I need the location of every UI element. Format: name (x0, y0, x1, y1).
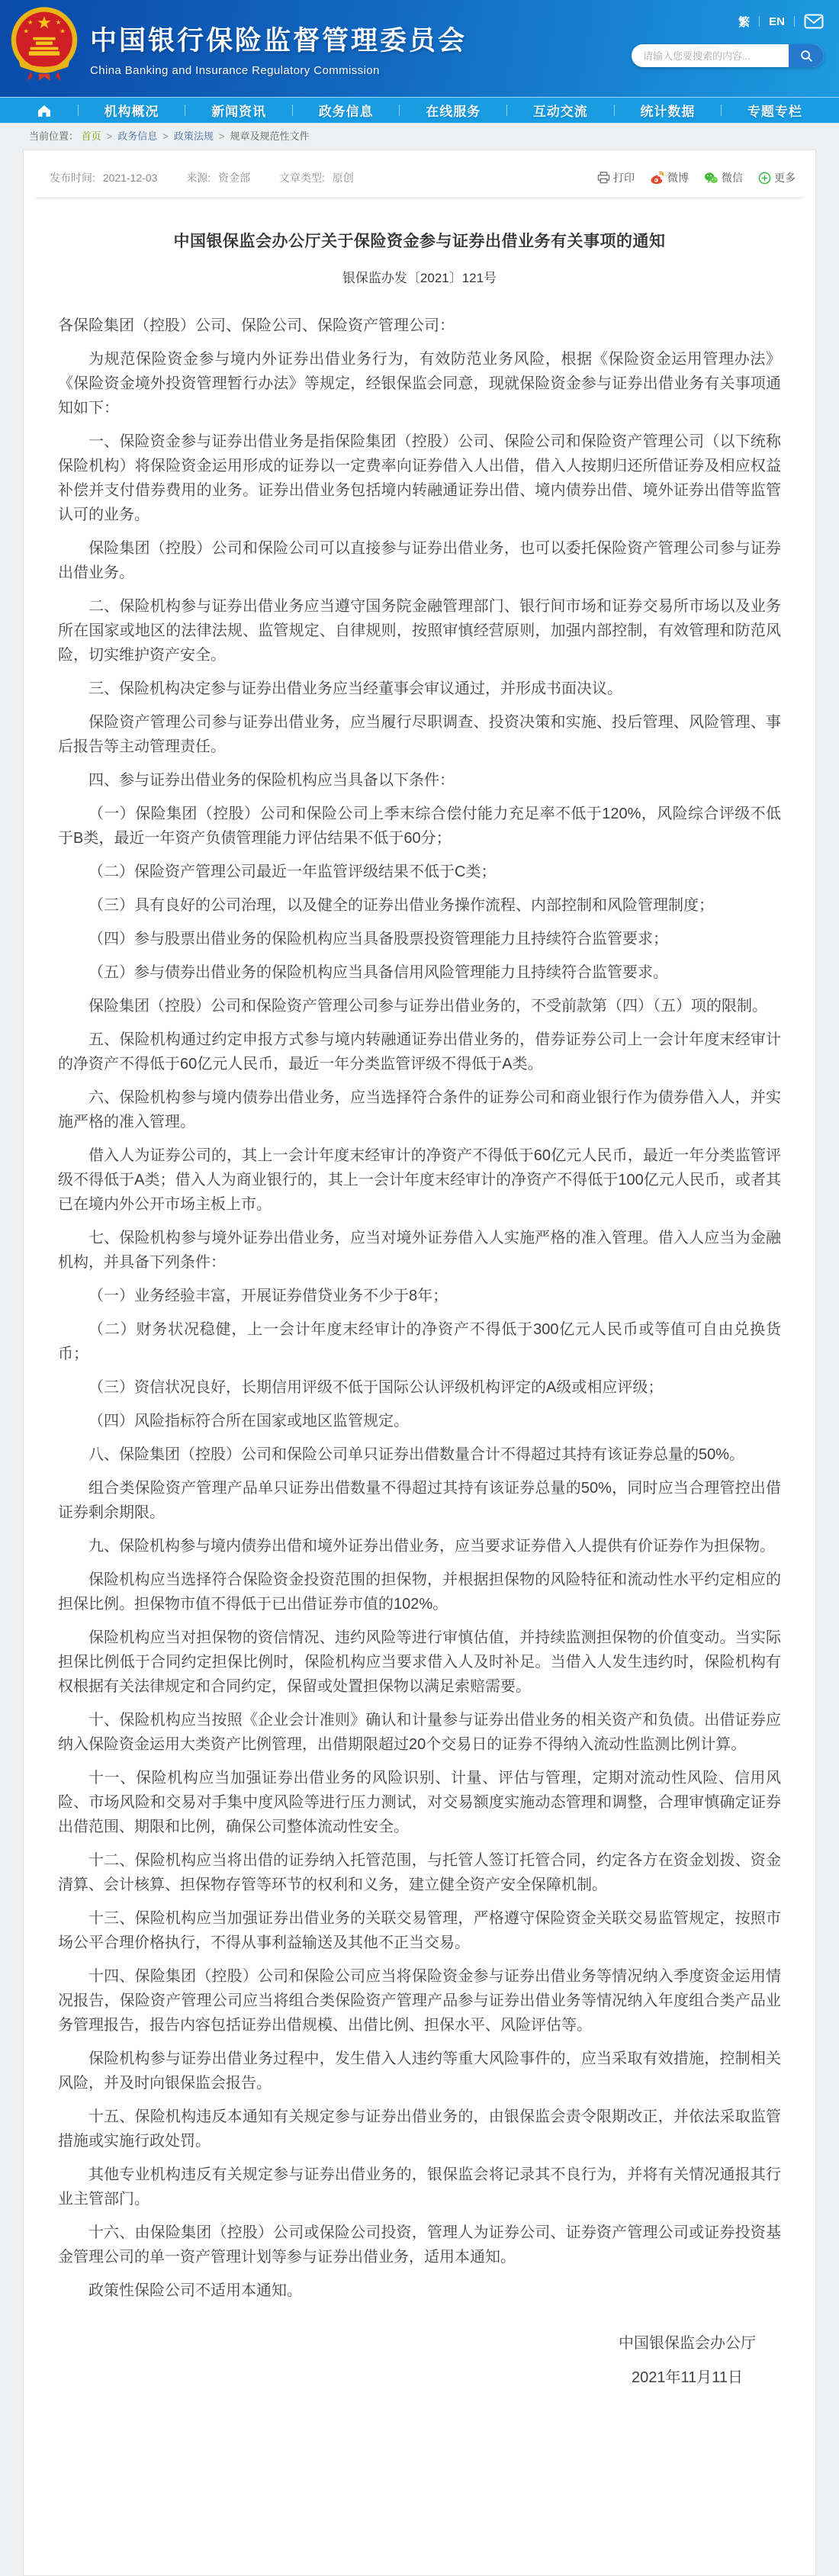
article-paragraph: 八、保险集团（控股）公司和保险公司单只证券出借数量合计不得超过其持有该证券总量的… (58, 1442, 781, 1467)
source-value: 资金部 (218, 172, 250, 184)
article-paragraph: 九、保险机构参与境内债券出借和境外证券出借业务，应当要求证券借入人提供有价证券作… (58, 1534, 781, 1558)
article-paragraph: （五）参与债券出借业务的保险机构应当具备信用风险管理能力且持续符合监管要求。 (58, 960, 781, 985)
separator (759, 16, 760, 27)
breadcrumb-separator: > (162, 130, 169, 142)
article-paragraph: 十一、保险机构应当加强证券出借业务的风险识别、计量、评估与管理，定期对流动性风险… (58, 1766, 781, 1839)
separator (721, 105, 722, 116)
article-paragraph: 二、保险机构参与证券出借业务应当遵守国务院金融管理部门、银行间市场和证券交易所市… (58, 594, 781, 667)
svg-text:★: ★ (56, 19, 61, 26)
site-header: ★ ★ ★ ★ ★ 中国银行保险监督管理委员会 China Banking an… (0, 0, 839, 98)
source-label: 来源: (186, 172, 211, 184)
article-paragraph: （一）保险集团（控股）公司和保险公司上季末综合偿付能力充足率不低于120%，风险… (58, 802, 781, 851)
article-paragraph: 七、保险机构参与境外证券出借业务，应当对境外证券借入人实施严格的准入管理。借入人… (58, 1226, 781, 1275)
share-weibo-button[interactable]: 微博 (650, 170, 689, 185)
separator (614, 105, 615, 116)
article-paragraph: 保险机构应当对担保物的资信情况、违约风险等进行审慎估值，并持续监测担保物的价值变… (58, 1626, 781, 1699)
article-paragraph: （四）参与股票出借业务的保险机构应当具备股票投资管理能力且持续符合监管要求； (58, 927, 781, 951)
article-paragraph: 十二、保险机构应当将出借的证券纳入托管范围，与托管人签订托管合同，约定各方在资金… (58, 1848, 781, 1897)
article-paragraph: 十六、由保险集团（控股）公司或保险公司投资，管理人为证券公司、证券资产管理公司或… (58, 2221, 781, 2269)
separator (506, 105, 507, 116)
site-title-cn: 中国银行保险监督管理委员会 (90, 20, 467, 58)
breadcrumb-item-2[interactable]: 政务信息 (117, 130, 157, 142)
article-paragraph: 组合类保险资产管理产品单只证券出借数量不得超过其持有该证券总量的50%，同时应当… (58, 1476, 781, 1525)
separator (399, 105, 400, 116)
search-box (632, 44, 824, 67)
nav-item-7[interactable]: 专题专栏 (747, 101, 802, 120)
signature-block: 中国银保监会办公厅 2021年11月11日 (24, 2330, 815, 2387)
page: ★ ★ ★ ★ ★ 中国银行保险监督管理委员会 China Banking an… (0, 0, 839, 2576)
more-share-button[interactable]: 更多 (758, 170, 796, 185)
article-meta: 发布时间: 2021-12-03 来源: 资金部 文章类型: 原创 打印 (24, 150, 815, 196)
article-paragraph: 借入人为证券公司的，其上一会计年度末经审计的净资产不得低于60亿元人民币，最近一… (58, 1143, 781, 1217)
separator (292, 105, 293, 116)
article-paragraph: 其他专业机构违反有关规定参与证券出借业务的，银保监会将记录其不良行为，并将有关情… (58, 2163, 781, 2211)
separator (794, 16, 795, 27)
printer-icon (597, 172, 610, 184)
article-card: 发布时间: 2021-12-03 来源: 资金部 文章类型: 原创 打印 (23, 150, 816, 2576)
article-title: 中国银保监会办公厅关于保险资金参与证券出借业务有关事项的通知 (77, 229, 762, 255)
nav-item-4[interactable]: 在线服务 (426, 101, 481, 120)
article-paragraph: 五、保险机构通过约定申报方式参与境内转融通证券出借业务的，借券证券公司上一会计年… (58, 1028, 781, 1076)
separator (78, 105, 79, 116)
plus-circle-icon (758, 172, 771, 185)
nav-item-3[interactable]: 政务信息 (319, 101, 374, 120)
breadcrumb-item-1[interactable]: 首页 (82, 130, 101, 142)
article-paragraph: （三）具有良好的公司治理，以及健全的证券出借业务操作流程、内部控制和风险管理制度… (58, 893, 781, 918)
separator (185, 105, 185, 116)
article-paragraph: 保险机构参与证券出借业务过程中，发生借入人违约等重大风险事件的，应当采取有效措施… (58, 2047, 781, 2095)
article-paragraph: 政策性保险公司不适用本通知。 (58, 2279, 781, 2303)
search-button[interactable] (789, 44, 824, 67)
divider (36, 198, 803, 198)
signature-office: 中国银保监会办公厅 (619, 2330, 756, 2352)
share-wechat-button[interactable]: 微信 (704, 170, 743, 185)
mail-icon (804, 14, 824, 29)
article-paragraph: 十、保险机构应当按照《企业会计准则》确认和计量参与证券出借业务的相关资产和负债。… (58, 1708, 781, 1757)
publish-time-value: 2021-12-03 (103, 172, 158, 184)
home-icon (37, 104, 52, 117)
svg-text:★: ★ (59, 27, 65, 34)
nav-item-6[interactable]: 统计数据 (640, 101, 695, 120)
svg-text:★: ★ (27, 19, 33, 26)
svg-text:★: ★ (23, 27, 28, 34)
doc-number: 银保监办发〔2021〕121号 (24, 267, 815, 286)
breadcrumb-label: 当前位置： (29, 130, 79, 142)
nav-item-2[interactable]: 新闻资讯 (211, 101, 266, 120)
article-body: 各保险集团（控股）公司、保险公司、保险资产管理公司：为规范保险资金参与境内外证券… (24, 309, 815, 2303)
article-paragraph: （二）保险资产管理公司最近一年监管评级结果不低于C类； (58, 860, 781, 884)
search-input[interactable] (632, 44, 789, 67)
nav-item-5[interactable]: 互动交流 (533, 101, 588, 120)
article-paragraph: 十三、保险机构应当加强证券出借业务的关联交易管理，严格遵守保险资金关联交易监管规… (58, 1906, 781, 1955)
article-type-label: 文章类型: (279, 172, 325, 184)
weibo-icon (650, 172, 664, 185)
article-paragraph: 各保险集团（控股）公司、保险公司、保险资产管理公司： (58, 314, 781, 338)
national-emblem-logo: ★ ★ ★ ★ ★ (9, 6, 79, 82)
article-paragraph: 为规范保险资金参与境内外证券出借业务行为，有效防范业务风险，根据《保险资金运用管… (58, 347, 781, 420)
site-brand: ★ ★ ★ ★ ★ 中国银行保险监督管理委员会 China Banking an… (9, 6, 467, 82)
breadcrumb-separator: > (219, 130, 225, 142)
main-nav: 机构概况新闻资讯政务信息在线服务互动交流统计数据专题专栏 (0, 98, 839, 124)
article-paragraph: （一）业务经验丰富，开展证券借贷业务不少于8年； (58, 1284, 781, 1308)
breadcrumb: 当前位置： 首页>政务信息>政策法规>规章及规范性文件 (0, 124, 839, 150)
article-paragraph: （四）风险指标符合所在国家或地区监管规定。 (58, 1409, 781, 1433)
wechat-icon (704, 172, 718, 185)
nav-home[interactable] (37, 104, 52, 117)
article-paragraph: （二）财务状况稳健，上一会计年度末经审计的净资产不得低于300亿元人民币或等值可… (58, 1317, 781, 1366)
article-paragraph: 六、保险机构参与境内债券出借业务，应当选择符合条件的证券公司和商业银行作为债券借… (58, 1085, 781, 1134)
article-paragraph: 保险机构应当选择符合保险资金投资范围的担保物，并根据担保物的风险特征和流动性水平… (58, 1568, 781, 1616)
article-paragraph: 四、参与证券出借业务的保险机构应当具备以下条件： (58, 768, 781, 793)
article-paragraph: 保险资产管理公司参与证券出借业务，应当履行尽职调查、投资决策和实施、投后管理、风… (58, 710, 781, 759)
signature-date: 2021年11月11日 (619, 2365, 756, 2387)
publish-time-label: 发布时间: (50, 172, 95, 184)
lang-traditional-link[interactable]: 繁 (738, 14, 750, 30)
article-paragraph: 保险集团（控股）公司和保险资产管理公司参与证券出借业务的，不受前款第（四）（五）… (58, 994, 781, 1018)
lang-en-link[interactable]: EN (769, 15, 785, 28)
svg-text:★: ★ (37, 13, 52, 32)
article-paragraph: 三、保险机构决定参与证券出借业务应当经董事会审议通过，并形成书面决议。 (58, 677, 781, 701)
breadcrumb-item-4: 规章及规范性文件 (230, 130, 309, 142)
breadcrumb-separator: > (107, 130, 113, 142)
mailbox-button[interactable] (804, 14, 824, 29)
print-button[interactable]: 打印 (597, 170, 635, 185)
article-type-value: 原创 (333, 172, 354, 184)
article-paragraph: 保险集团（控股）公司和保险公司可以直接参与证券出借业务，也可以委托保险资产管理公… (58, 536, 781, 585)
article-paragraph: 十四、保险集团（控股）公司和保险公司应当将保险资金参与证券出借业务等情况纳入季度… (58, 1964, 781, 2037)
site-title-en: China Banking and Insurance Regulatory C… (90, 64, 467, 77)
search-icon (799, 49, 813, 63)
article-paragraph: 十五、保险机构违反本通知有关规定参与证券出借业务的，由银保监会责令限期改正，并依… (58, 2105, 781, 2153)
breadcrumb-item-3[interactable]: 政策法规 (174, 130, 214, 142)
nav-item-1[interactable]: 机构概况 (104, 101, 159, 120)
article-paragraph: 一、保险资金参与证券出借业务是指保险集团（控股）公司、保险公司和保险资产管理公司… (58, 429, 781, 527)
article-paragraph: （三）资信状况良好，长期信用评级不低于国际公认评级机构评定的A级或相应评级； (58, 1375, 781, 1400)
